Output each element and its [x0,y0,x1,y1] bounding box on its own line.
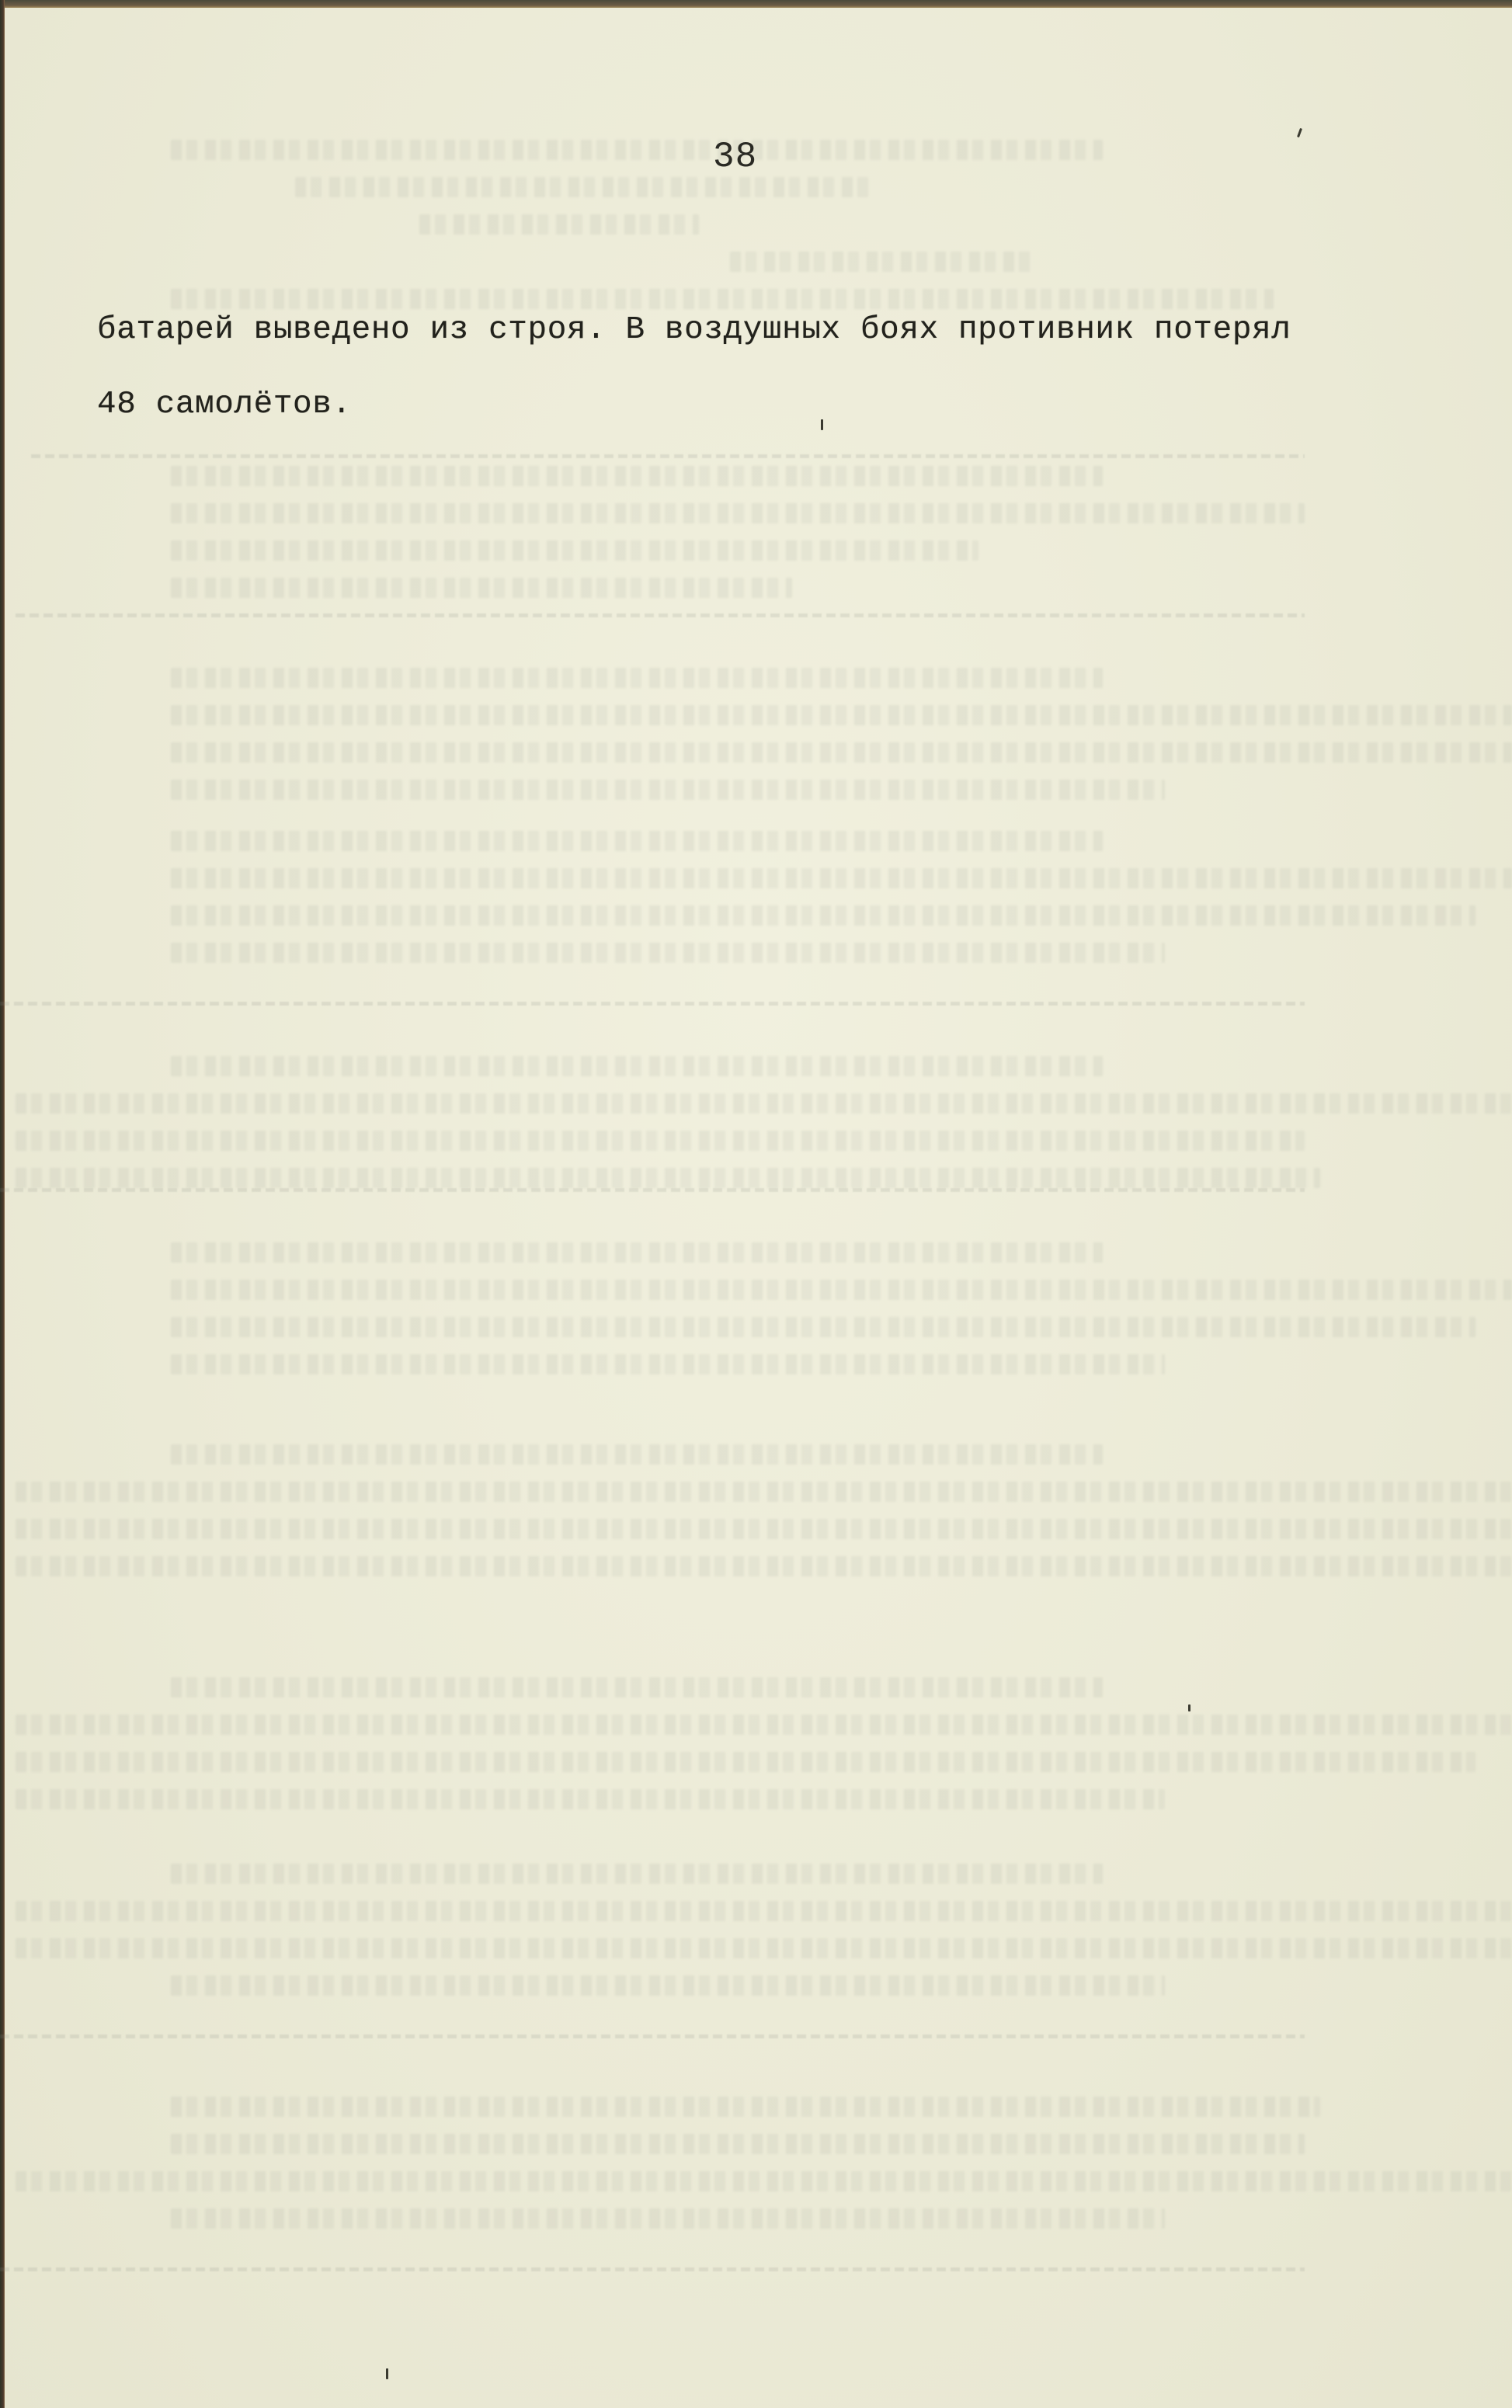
ghost-line [171,831,1103,851]
ghost-line [171,578,792,598]
scan-edge-left [0,0,5,2408]
ghost-line [171,1677,1103,1697]
ghost-line [419,214,699,235]
ghost-separator [0,2267,1305,2271]
ghost-separator [0,1002,1305,1006]
ghost-line [16,1168,1320,1188]
ghost-line [171,905,1476,926]
ghost-line [171,2097,1320,2117]
ghost-line [16,1752,1476,1772]
ghost-line [16,1715,1512,1735]
ghost-line [295,177,870,197]
ghost-line [730,252,1033,272]
ghost-line [16,2171,1512,2191]
ghost-line [16,1556,1512,1576]
ghost-line [16,1901,1512,1921]
ghost-line [16,1789,1165,1809]
ghost-line [171,503,1305,523]
ghost-line [171,289,1274,309]
paper-speck [386,2368,388,2379]
ghost-line [171,2134,1305,2154]
text-line-2: 48 самолётов. [97,387,352,422]
ghost-line [16,1519,1512,1539]
ghost-line [171,1864,1103,1884]
ghost-line [171,140,1103,160]
paper-speck [1188,1704,1190,1711]
ghost-line [171,1242,1103,1263]
scan-edge-top [0,0,1512,8]
ghost-line [171,1444,1103,1465]
ghost-line [16,1938,1512,1958]
ghost-line [171,1975,1165,1996]
text-line-1: батарей выведено из строя. В воздушных б… [97,312,1291,348]
ghost-line [171,780,1165,800]
paper-speck [1297,128,1302,137]
ghost-line [171,1280,1512,1300]
ghost-separator [0,1188,1305,1192]
ghost-separator [16,613,1305,617]
paper-speck [821,419,823,430]
ghost-line [171,868,1512,888]
ghost-line [171,466,1103,486]
ghost-separator [31,454,1305,458]
ghost-line [171,1317,1476,1337]
ghost-line [16,1093,1512,1114]
ghost-line [171,705,1512,725]
ghost-line [171,1056,1103,1076]
ghost-line [171,668,1103,688]
ghost-line [171,1354,1165,1374]
bleed-through-texture [0,0,1512,2408]
ghost-line [171,943,1165,963]
scanned-page: 38 батарей выведено из строя. В воздушны… [0,0,1512,2408]
ghost-separator [0,2034,1305,2038]
ghost-line [16,1131,1305,1151]
ghost-line [16,1482,1512,1502]
ghost-line [171,742,1512,763]
page-number: 38 [713,137,757,177]
ghost-line [171,540,978,561]
ghost-line [171,2208,1165,2229]
